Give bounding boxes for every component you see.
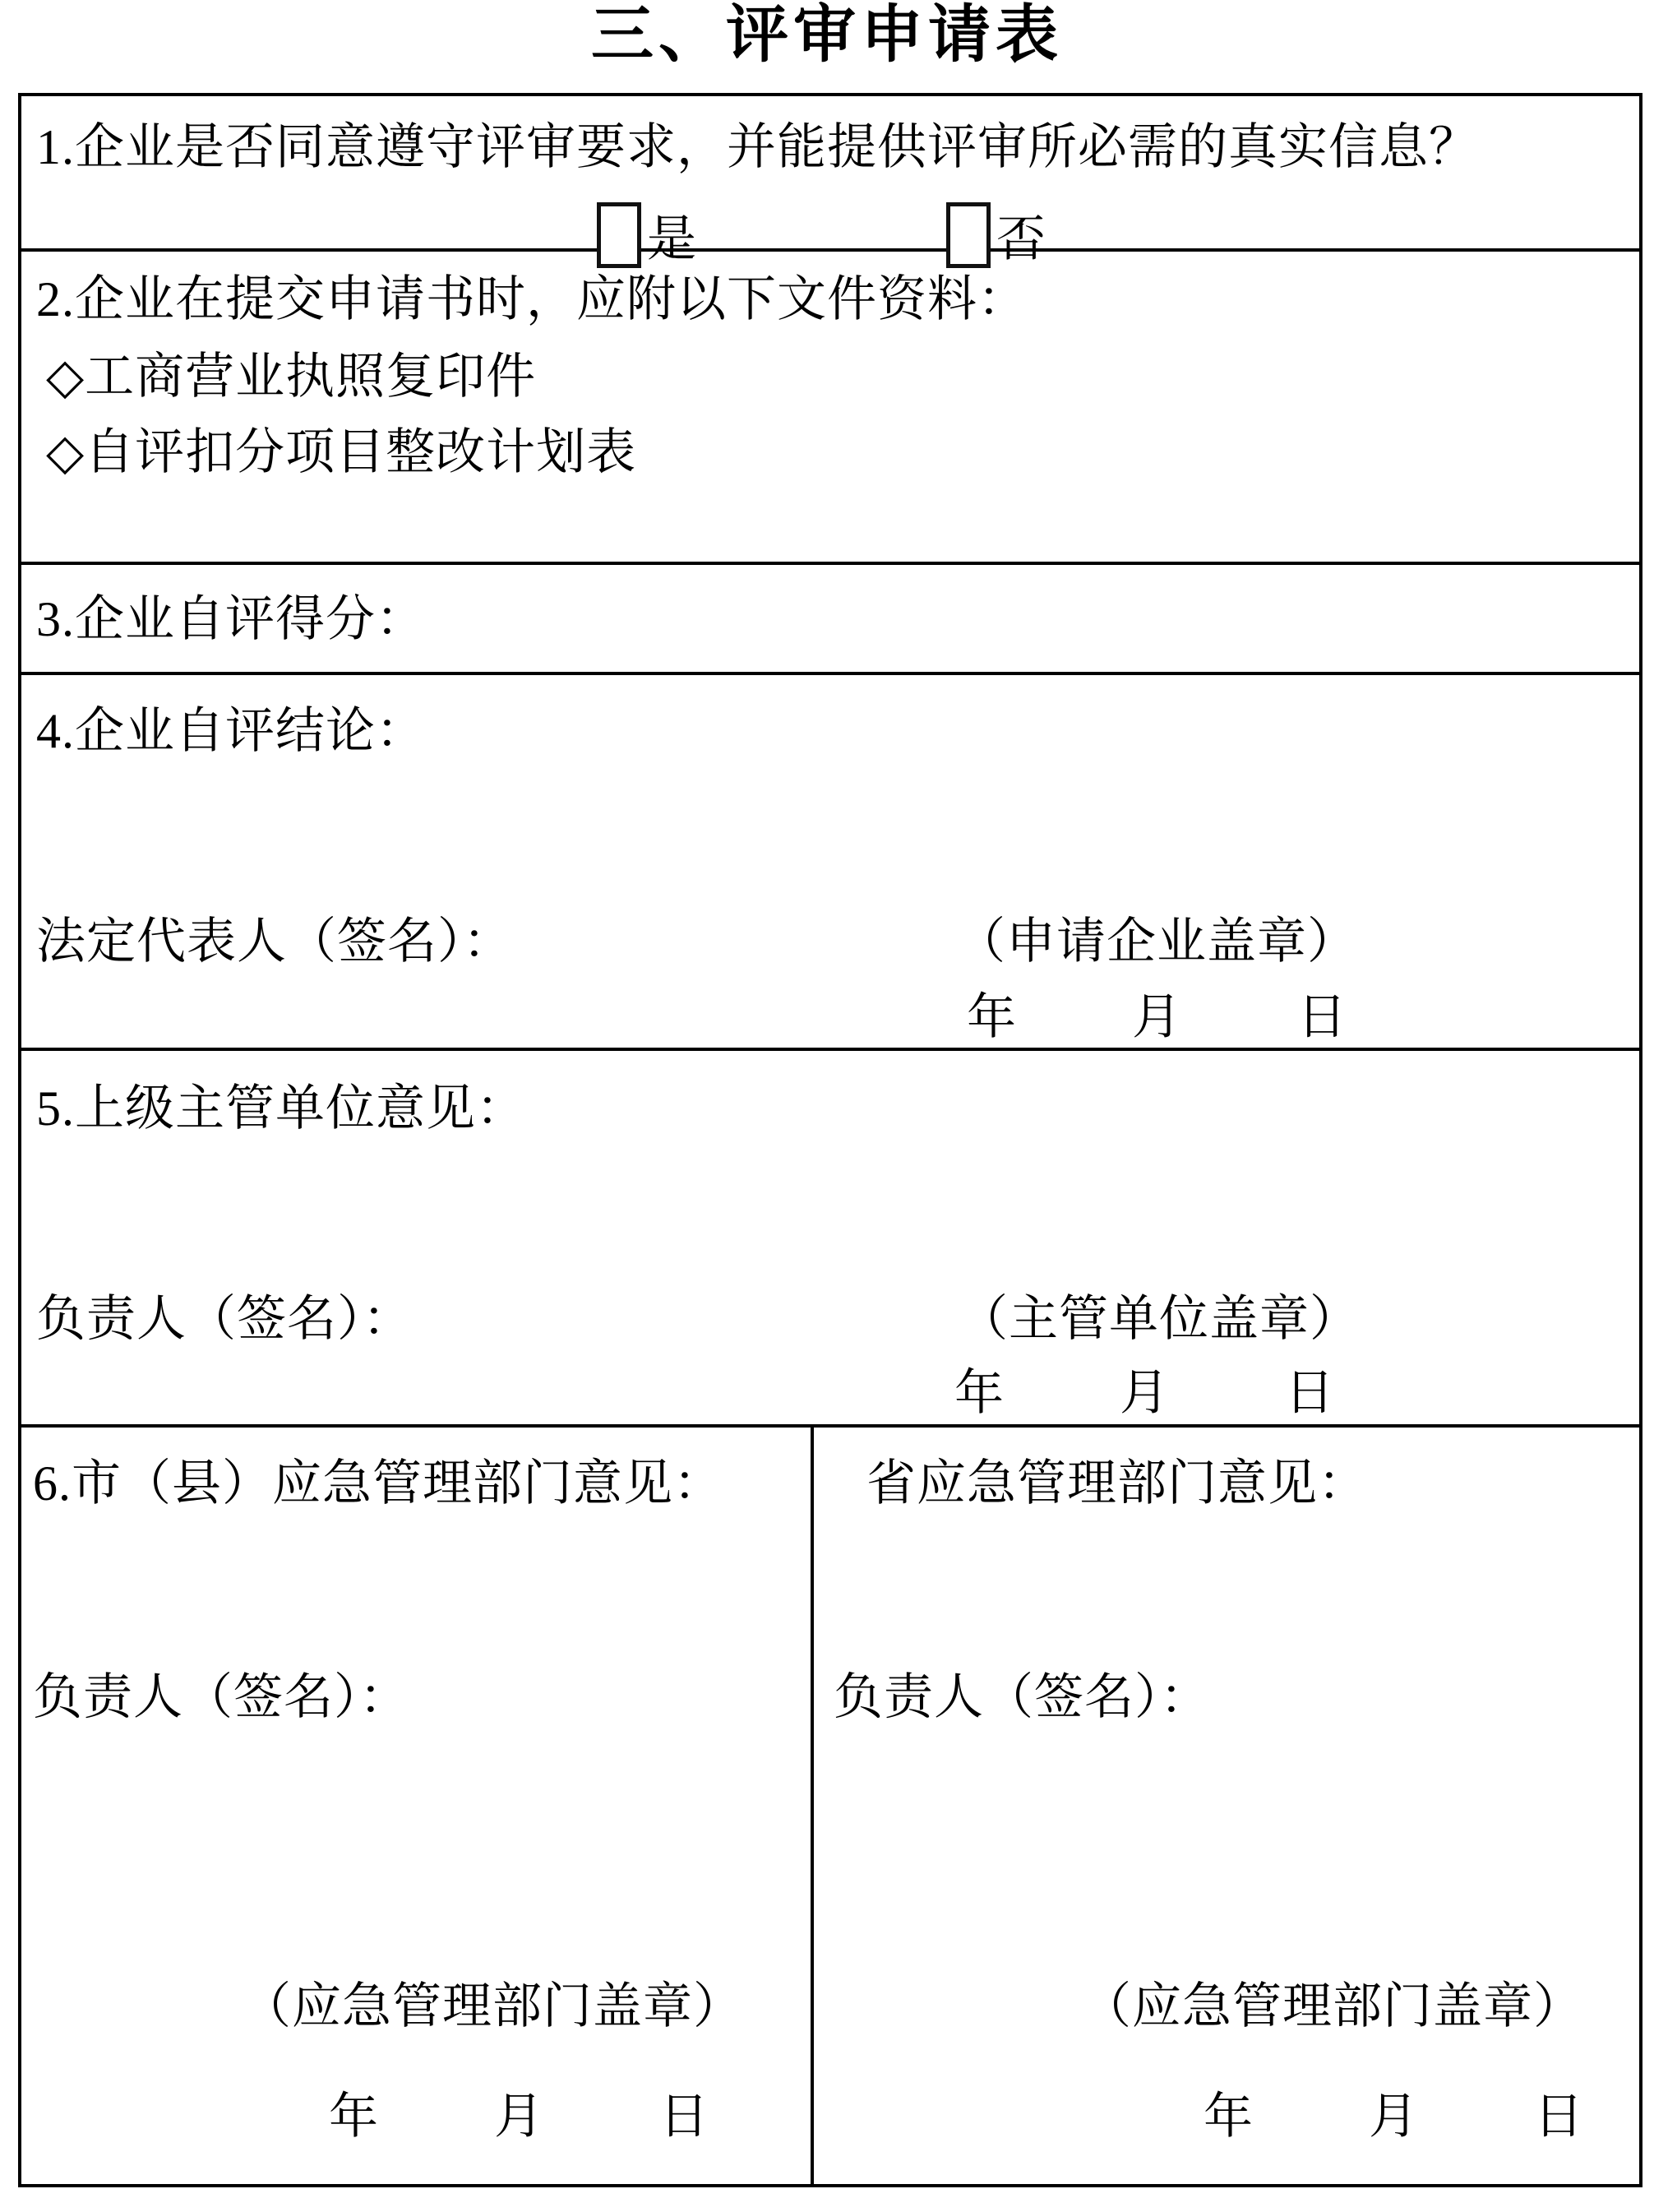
- cell-city-county-opinion: 6.市（县）应急管理部门意见： 负责人（签名）： （应急管理部门盖章） 年 月 …: [21, 1428, 814, 2184]
- self-conclusion-label: 4.企业自评结论：: [36, 703, 426, 760]
- row-emergency-opinions: 6.市（县）应急管理部门意见： 负责人（签名）： （应急管理部门盖章） 年 月 …: [21, 1428, 1639, 2184]
- date-line-enterprise: 年 月 日: [967, 989, 1352, 1046]
- city-county-stamp-label: （应急管理部门盖章）: [242, 1978, 743, 2035]
- province-stamp-label: （应急管理部门盖章）: [1082, 1978, 1583, 2035]
- applicant-enterprise-stamp-label: （申请企业盖章）: [956, 914, 1357, 970]
- document-item-rectification-plan: ◇自评扣分项目整改计划表: [46, 424, 636, 481]
- document-item-business-license: ◇工商营业执照复印件: [46, 349, 536, 405]
- city-county-opinion-label: 6.市（县）应急管理部门意见：: [33, 1455, 723, 1512]
- row-supervisor-opinion: 5.上级主管单位意见： 负责人（签名）： （主管单位盖章） 年 月 日: [21, 1051, 1639, 1428]
- date-line-province: 年 月 日: [1204, 2089, 1589, 2145]
- row-agreement: 1.企业是否同意遵守评审要求，并能提供评审所必需的真实信息？ 是 否: [21, 96, 1639, 252]
- row-self-conclusion: 4.企业自评结论： 法定代表人（签名）： （申请企业盖章） 年 月 日: [21, 675, 1639, 1051]
- province-opinion-label: 省应急管理部门意见：: [866, 1455, 1368, 1512]
- city-county-sign-label: 负责人（签名）：: [33, 1669, 409, 1726]
- agreement-question: 1.企业是否同意遵守评审要求，并能提供评审所必需的真实信息？: [36, 119, 1479, 176]
- supervisor-stamp-label: （主管单位盖章）: [959, 1291, 1360, 1348]
- legal-representative-sign-label: 法定代表人（签名）：: [36, 914, 513, 970]
- row-documents: 2.企业在提交申请书时，应附以下文件资料： ◇工商营业执照复印件 ◇自评扣分项目…: [21, 252, 1639, 565]
- supervisor-opinion-label: 5.上级主管单位意见：: [36, 1081, 526, 1137]
- province-sign-label: 负责人（签名）：: [834, 1669, 1210, 1726]
- cell-province-opinion: 省应急管理部门意见： 负责人（签名）： （应急管理部门盖章） 年 月 日: [814, 1428, 1639, 2184]
- self-score-label: 3.企业自评得分：: [36, 591, 426, 648]
- documents-heading: 2.企业在提交申请书时，应附以下文件资料：: [36, 271, 1028, 328]
- supervisor-sign-label: 负责人（签名）：: [36, 1291, 413, 1348]
- page-title: 三、评审申请表: [0, 2, 1654, 71]
- row-self-score: 3.企业自评得分：: [21, 565, 1639, 675]
- date-line-city-county: 年 月 日: [329, 2089, 714, 2145]
- review-application-table: 1.企业是否同意遵守评审要求，并能提供评审所必需的真实信息？ 是 否 2.企业在…: [18, 93, 1642, 2187]
- date-line-supervisor: 年 月 日: [954, 1365, 1340, 1422]
